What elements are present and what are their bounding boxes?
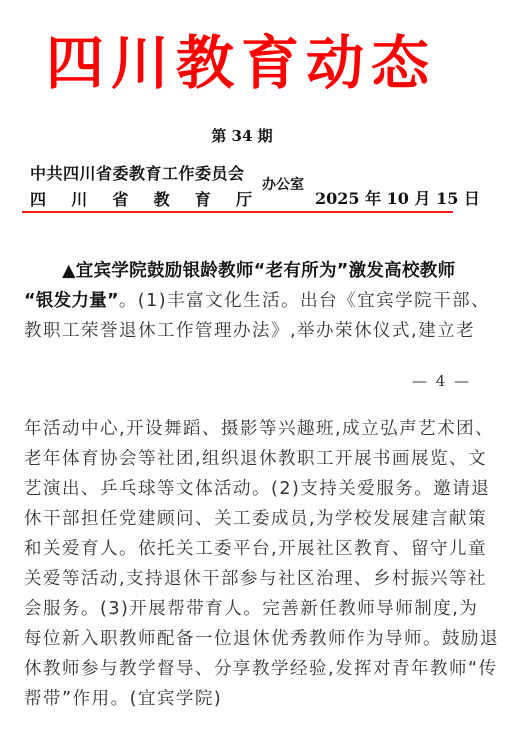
headline-text: 宜宾学院鼓励银龄教师“老有所为”激发高校教师 [76, 261, 456, 281]
issuer-char: 厅 [236, 190, 252, 210]
body-text: 。(1)丰富文化生活。出台《宜宾学院干部、 [119, 291, 490, 311]
body-line: 老年体育协会等社团,组织退休教职工开展书画展览、文 [24, 444, 484, 474]
issuer-line-2: 四 川 省 教 育 厅 [30, 190, 252, 210]
issuer-char: 川 [71, 190, 87, 210]
issue-number: 第 34 期 [0, 126, 484, 146]
headline-tail: “银发力量” [24, 291, 119, 311]
body-line: 休干部担任党建顾问、关工委成员,为学校发展建言献策 [24, 504, 484, 534]
header-divider [22, 211, 453, 213]
issuer-line-1: 中共四川省委教育工作委员会 [30, 164, 245, 184]
body-line: 每位新入职教师配备一位退休优秀教师作为导师。鼓励退 [24, 624, 484, 654]
issuer-char: 四 [30, 190, 46, 210]
article-headline-line-2: “银发力量”。(1)丰富文化生活。出台《宜宾学院干部、 [24, 286, 484, 316]
issuer-char: 省 [112, 190, 128, 210]
body-line: 关爱等活动,支持退休干部参与社区治理、乡村振兴等社 [24, 564, 484, 594]
masthead-title: 四川教育动态 [46, 28, 446, 98]
issue-date: 2025 年 10 月 15 日 [315, 189, 480, 209]
article-page-2: 年活动中心,开设舞蹈、摄影等兴趣班,成立弘声艺术团、 老年体育协会等社团,组织退… [24, 414, 484, 714]
issuer-office-suffix: 办公室 [262, 176, 304, 194]
triangle-marker-icon: ▲ [62, 261, 76, 281]
issuer-char: 育 [195, 190, 211, 210]
article-headline-line-1: ▲宜宾学院鼓励银龄教师“老有所为”激发高校教师 [24, 256, 484, 286]
body-line: 会服务。(3)开展帮带育人。完善新任教师导师制度,为 [24, 594, 484, 624]
body-line: 和关爱育人。依托关工委平台,开展社区教育、留守儿童 [24, 534, 484, 564]
body-line: 艺演出、乒乓球等文体活动。(2)支持关爱服务。邀请退 [24, 474, 484, 504]
body-line: 休教师参与教学督导、分享教学经验,发挥对青年教师“传 [24, 654, 484, 684]
body-line: 帮带”作用。(宜宾学院) [24, 684, 484, 714]
body-line: 教职工荣誉退休工作管理办法》,举办荣休仪式,建立老 [24, 316, 484, 346]
page-number: — 4 — [412, 372, 471, 390]
body-line: 年活动中心,开设舞蹈、摄影等兴趣班,成立弘声艺术团、 [24, 414, 484, 444]
issuer-char: 教 [154, 190, 170, 210]
article-page-1: ▲宜宾学院鼓励银龄教师“老有所为”激发高校教师 “银发力量”。(1)丰富文化生活… [24, 256, 484, 346]
